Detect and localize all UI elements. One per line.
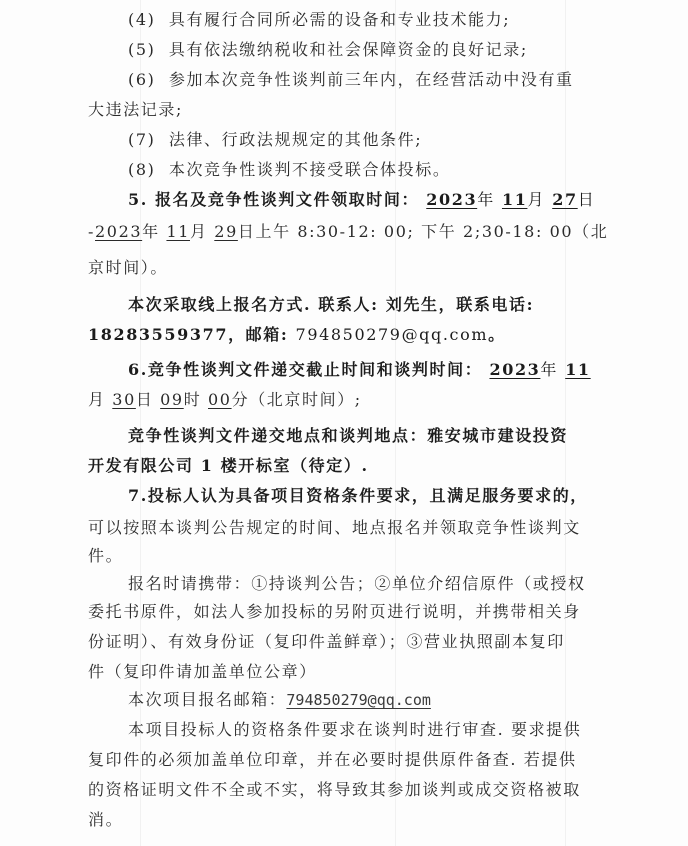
- bring-line: 委托书原件，如法人参加投标的另附页进行说明，并携带相关身: [88, 602, 588, 622]
- item-number: (6): [128, 70, 155, 89]
- time-range: 上午 8:30-12: 00; 下午 2;30-18: 00（北: [255, 222, 608, 241]
- section-label: 6.竞争性谈判文件递交截止时间和谈判时间：: [128, 360, 482, 379]
- contact-line: 本次采取线上报名方式. 联系人: 刘先生，联系电话:: [128, 295, 628, 315]
- section-7-line: 件。: [88, 546, 588, 566]
- section-5-date-range: -2023年 11月 29日上午 8:30-12: 00; 下午 2;30-18…: [88, 222, 588, 242]
- project-email-link[interactable]: 794850279@qq.com: [286, 691, 431, 709]
- email-label: 本次项目报名邮箱：: [128, 690, 286, 709]
- section-7-line: 可以按照本谈判公告规定的时间、地点报名并领取竞争性谈判文: [88, 518, 588, 538]
- requirement-item: (5) 具有依法缴纳税收和社会保障资金的良好记录;: [128, 40, 628, 60]
- unit: 分: [232, 390, 250, 409]
- email-address: 794850279@qq.com: [296, 325, 489, 344]
- item-text: 具有履行合同所必需的设备和专业技术能力;: [169, 10, 510, 29]
- requirement-item: (7) 法律、行政法规规定的其他条件;: [128, 130, 628, 150]
- unit: 时: [184, 390, 202, 409]
- review-line: 本项目投标人的资格条件要求在谈判时进行审查. 要求提供: [128, 720, 628, 740]
- phone-number: 18283559377: [88, 325, 228, 344]
- document-page: (4) 具有履行合同所必需的设备和专业技术能力; (5) 具有依法缴纳税收和社会…: [0, 0, 688, 846]
- item-text: 参加本次竞争性谈判前三年内，在经营活动中没有重: [169, 70, 574, 89]
- unit: 日: [136, 390, 154, 409]
- review-line: 消。: [88, 810, 588, 830]
- time-minute: 00: [208, 390, 232, 409]
- project-email-line: 本次项目报名邮箱：794850279@qq.com: [128, 690, 628, 710]
- date-year: 2023: [95, 222, 142, 241]
- date-month: 11: [565, 360, 590, 379]
- contact-phone-email: 18283559377，邮箱: 794850279@qq.com。: [88, 325, 588, 345]
- bring-line: 份证明）、有效身份证（复印件盖鲜章）；③营业执照副本复印: [88, 632, 588, 652]
- date-month: 11: [502, 190, 527, 209]
- section-5-time-cont: 京时间）。: [88, 258, 588, 278]
- section-label: 5. 报名及竞争性谈判文件领取时间：: [128, 190, 419, 209]
- unit: 月: [527, 190, 545, 209]
- punctuation: 。: [488, 325, 506, 344]
- unit: 月: [88, 390, 106, 409]
- item-number: (5): [128, 40, 155, 59]
- requirement-item: (4) 具有履行合同所必需的设备和专业技术能力;: [128, 10, 628, 30]
- date-year: 2023: [489, 360, 540, 379]
- item-text: 具有依法缴纳税收和社会保障资金的良好记录;: [169, 40, 528, 59]
- timezone: （北京时间）;: [249, 390, 362, 409]
- unit: 日: [238, 222, 256, 241]
- unit: 日: [578, 190, 596, 209]
- requirement-item-continuation: 大违法记录;: [88, 100, 588, 120]
- date-day: 30: [112, 390, 136, 409]
- location-line: 竞争性谈判文件递交地点和谈判地点：雅安城市建设投资: [128, 426, 628, 446]
- requirement-item: (6) 参加本次竞争性谈判前三年内，在经营活动中没有重: [128, 70, 628, 90]
- time-hour: 09: [160, 390, 184, 409]
- date-month: 11: [166, 222, 190, 241]
- email-label: ，邮箱:: [228, 325, 288, 344]
- item-number: (4): [128, 10, 155, 29]
- item-number: (8): [128, 160, 155, 179]
- section-7-line: 7.投标人认为具备项目资格条件要求，且满足服务要求的，: [128, 486, 628, 506]
- section-6-datetime: 月 30日 09时 00分（北京时间）;: [88, 390, 588, 410]
- review-line: 的资格证明文件不全或不实，将导致其参加谈判或成交资格被取: [88, 780, 588, 800]
- unit: 月: [190, 222, 208, 241]
- date-year: 2023: [426, 190, 477, 209]
- item-number: (7): [128, 130, 155, 149]
- bring-line: 件（复印件请加盖单位公章）: [88, 662, 588, 682]
- location-line-cont: 开发有限公司 1 楼开标室（待定）.: [88, 456, 588, 476]
- date-day: 27: [552, 190, 577, 209]
- review-line: 复印件的必须加盖单位印章，并在必要时提供原件备查. 若提供: [88, 750, 588, 770]
- unit: 年: [540, 360, 558, 379]
- dash: -: [88, 222, 95, 241]
- unit: 年: [142, 222, 160, 241]
- section-5-heading: 5. 报名及竞争性谈判文件领取时间： 2023年 11月 27日: [128, 190, 628, 210]
- item-text: 法律、行政法规规定的其他条件;: [169, 130, 422, 149]
- section-6-heading: 6.竞争性谈判文件递交截止时间和谈判时间： 2023年 11: [128, 360, 628, 380]
- bring-line: 报名时请携带：①持谈判公告；②单位介绍信原件（或授权: [128, 574, 628, 594]
- unit: 年: [477, 190, 495, 209]
- date-day: 29: [214, 222, 238, 241]
- requirement-item: (8) 本次竞争性谈判不接受联合体投标。: [128, 160, 628, 180]
- item-text: 本次竞争性谈判不接受联合体投标。: [169, 160, 451, 179]
